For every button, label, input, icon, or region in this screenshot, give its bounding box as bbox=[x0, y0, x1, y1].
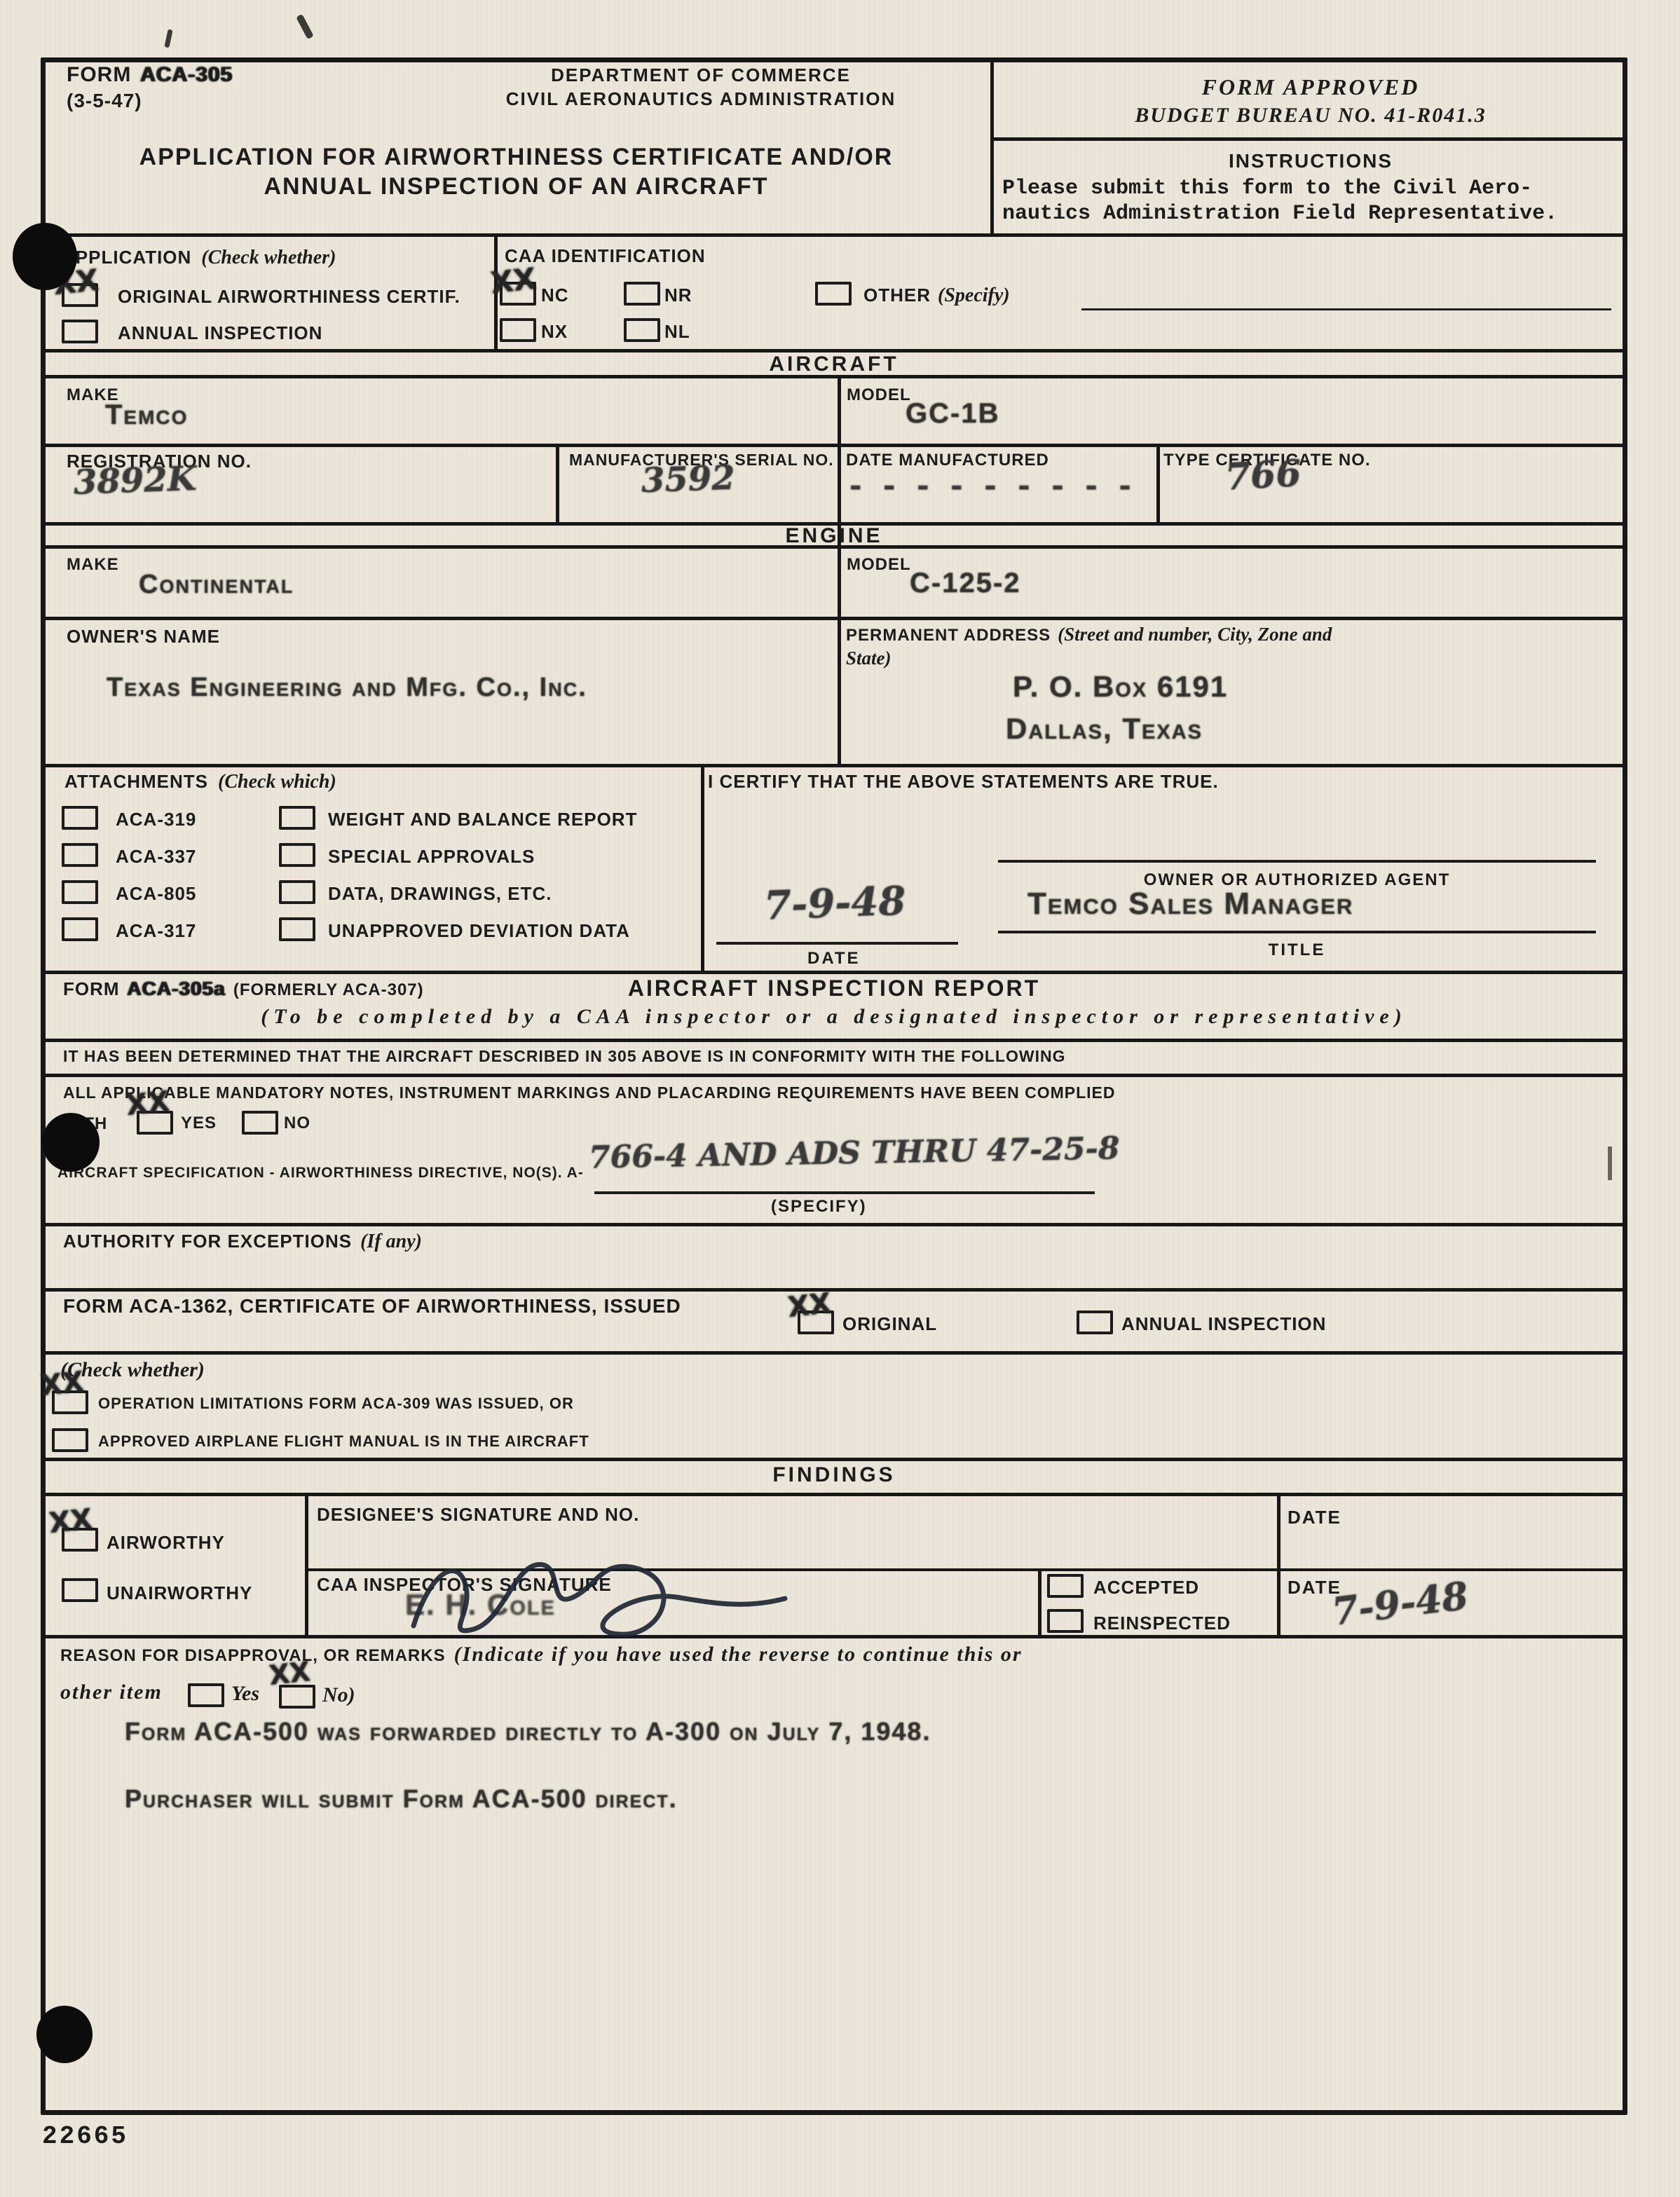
checkbox-data-drawings bbox=[279, 880, 315, 904]
instructions-line-1: Please submit this form to the Civil Aer… bbox=[1002, 177, 1532, 200]
checkbox-nx bbox=[500, 318, 536, 342]
department-line-2: CIVIL AERONAUTICS ADMINISTRATION bbox=[407, 88, 995, 110]
header-divider bbox=[990, 58, 994, 233]
section-line bbox=[41, 545, 1627, 549]
findings-left-divider bbox=[305, 1493, 308, 1635]
findings-section-title: FINDINGS bbox=[41, 1463, 1627, 1487]
determined-line: IT HAS BEEN DETERMINED THAT THE AIRCRAFT… bbox=[63, 1047, 1065, 1066]
report-title: AIRCRAFT INSPECTION REPORT bbox=[41, 976, 1627, 1001]
findings-date-divider bbox=[1277, 1493, 1281, 1635]
address-note-1: (Street and number, City, Zone and bbox=[1058, 624, 1332, 645]
checkbox-remarks-yes bbox=[188, 1683, 224, 1707]
section-line bbox=[41, 1351, 1627, 1355]
section-line bbox=[41, 1074, 1627, 1077]
specify-label: (SPECIFY) bbox=[771, 1197, 867, 1217]
form-title-line-1: APPLICATION FOR AIRWORTHINESS CERTIFICAT… bbox=[42, 144, 990, 171]
checkbox-label-nl: NL bbox=[664, 321, 690, 343]
section-line bbox=[41, 444, 1627, 447]
section-line bbox=[41, 1223, 1627, 1226]
hole-punch bbox=[42, 1113, 100, 1172]
checkbox-label-aca-337: ACA-337 bbox=[116, 846, 196, 868]
owner-name-value: Texas Engineering and Mfg. Co., Inc. bbox=[107, 673, 587, 703]
handwritten-check-mark: XX bbox=[786, 1287, 833, 1324]
checkbox-label-aca-319: ACA-319 bbox=[116, 809, 196, 830]
authority-label: AUTHORITY FOR EXCEPTIONS bbox=[63, 1231, 352, 1252]
serial-value: 3592 bbox=[641, 458, 735, 501]
checkbox-aca-337 bbox=[62, 843, 98, 867]
engine-make-value: Continental bbox=[139, 570, 294, 600]
other-note: (Specify) bbox=[938, 285, 1010, 307]
stray-mark bbox=[1608, 1147, 1612, 1180]
approved-box-divider bbox=[990, 137, 1627, 141]
engine-model-label: MODEL bbox=[847, 555, 911, 575]
form-approved-line: FORM APPROVED bbox=[995, 74, 1626, 100]
handwritten-check-mark: XX bbox=[39, 1366, 86, 1402]
checkbox-label-operation-limitations: OPERATION LIMITATIONS FORM ACA-309 WAS I… bbox=[98, 1395, 574, 1413]
checkbox-compliance-no bbox=[242, 1111, 278, 1135]
title-label: TITLE bbox=[998, 940, 1596, 960]
checkbox-issued-annual bbox=[1077, 1310, 1113, 1334]
handwritten-check-mark: XX bbox=[48, 1503, 94, 1540]
checkbox-aca-805 bbox=[62, 880, 98, 904]
type-certificate-value: 766 bbox=[1224, 452, 1302, 499]
certificate-issued-label: FORM ACA-1362, CERTIFICATE OF AIRWORTHIN… bbox=[63, 1295, 681, 1317]
title-line bbox=[998, 931, 1596, 933]
column-divider bbox=[838, 375, 841, 764]
column-divider bbox=[556, 444, 559, 522]
aircraft-section-title: AIRCRAFT bbox=[41, 353, 1627, 376]
engine-make-label: MAKE bbox=[67, 555, 119, 575]
designee-date-label: DATE bbox=[1288, 1507, 1341, 1528]
form-revision-date: (3-5-47) bbox=[67, 90, 142, 112]
instructions-line-2: nautics Administration Field Representat… bbox=[1002, 202, 1557, 226]
agent-title-value: Temco Sales Manager bbox=[1027, 887, 1353, 922]
checkbox-label-unairworthy: UNAIRWORTHY bbox=[107, 1582, 252, 1604]
department-line-1: DEPARTMENT OF COMMERCE bbox=[407, 64, 995, 86]
section-line bbox=[41, 971, 1627, 974]
checkbox-label-weight-balance: WEIGHT AND BALANCE REPORT bbox=[328, 809, 637, 830]
checkbox-aca-317 bbox=[62, 917, 98, 941]
spec-directive-label: AIRCRAFT SPECIFICATION - AIRWORTHINESS D… bbox=[57, 1165, 584, 1182]
checkbox-label-flight-manual: APPROVED AIRPLANE FLIGHT MANUAL IS IN TH… bbox=[98, 1432, 589, 1451]
budget-bureau-line: BUDGET BUREAU NO. 41-R041.3 bbox=[995, 104, 1626, 128]
certify-date-value: 7-9-48 bbox=[763, 877, 907, 929]
checkbox-label-nx: NX bbox=[541, 321, 568, 343]
checkbox-label-aca-805: ACA-805 bbox=[116, 883, 196, 905]
checkbox-label-original-airworthiness: ORIGINAL AIRWORTHINESS CERTIF. bbox=[118, 286, 460, 308]
checkbox-special-approvals bbox=[279, 843, 315, 867]
section-line bbox=[41, 764, 1627, 767]
checkbox-other bbox=[815, 282, 852, 306]
report-subtitle: (To be completed by a CAA inspector or a… bbox=[41, 1005, 1627, 1029]
address-note-2: State) bbox=[846, 648, 892, 669]
authority-note: (If any) bbox=[360, 1231, 422, 1253]
form-number-block: FORM ACA-305 bbox=[67, 63, 232, 87]
form-title-line-2: ANNUAL INSPECTION OF AN AIRCRAFT bbox=[42, 173, 990, 200]
owner-name-label: OWNER'S NAME bbox=[67, 626, 220, 648]
checkbox-nl bbox=[624, 318, 660, 342]
checkbox-label-compliance-yes: YES bbox=[181, 1114, 217, 1133]
scanned-form-page: FORM ACA-305 (3-5-47) DEPARTMENT OF COMM… bbox=[0, 0, 1680, 2197]
address-line-1: P. O. Box 6191 bbox=[1013, 670, 1228, 704]
checkbox-label-remarks-no: No) bbox=[322, 1683, 355, 1707]
designee-signature-label: DESIGNEE'S SIGNATURE AND NO. bbox=[317, 1504, 639, 1526]
other-label: OTHER bbox=[863, 285, 931, 306]
checkbox-label-special-approvals: SPECIAL APPROVALS bbox=[328, 846, 535, 868]
instructions-title: INSTRUCTIONS bbox=[995, 150, 1626, 172]
address-label: PERMANENT ADDRESS bbox=[846, 626, 1051, 645]
column-divider bbox=[1156, 444, 1160, 522]
remarks-note-2: other item bbox=[60, 1681, 163, 1704]
column-divider bbox=[701, 764, 704, 971]
checkbox-label-data-drawings: DATA, DRAWINGS, ETC. bbox=[328, 883, 552, 905]
remarks-body-line-1: Form ACA-500 was forwarded directly to A… bbox=[125, 1717, 931, 1746]
date-manufactured-label: DATE MANUFACTURED bbox=[846, 451, 1049, 470]
section-line bbox=[41, 1039, 1627, 1042]
aircraft-make-value: Temco bbox=[105, 399, 188, 431]
compliance-line: ALL APPLICABLE MANDATORY NOTES, INSTRUME… bbox=[63, 1083, 1115, 1102]
checkbox-accepted bbox=[1047, 1574, 1084, 1598]
section-line bbox=[41, 233, 1627, 237]
date-manufactured-value: - - - - - - - - - bbox=[849, 468, 1137, 502]
checkbox-unairworthy bbox=[62, 1578, 98, 1602]
aircraft-model-value: GC-1B bbox=[906, 398, 999, 430]
form-number: ACA-305 bbox=[139, 63, 232, 87]
hole-punch bbox=[36, 2006, 93, 2063]
findings-accepted-divider bbox=[1038, 1568, 1042, 1635]
checkbox-label-aca-317: ACA-317 bbox=[116, 920, 196, 942]
application-note: (Check whether) bbox=[201, 247, 336, 269]
checkbox-label-annual-inspection: ANNUAL INSPECTION bbox=[118, 322, 322, 344]
section-line bbox=[41, 617, 1627, 620]
handwritten-check-mark: XX bbox=[489, 261, 538, 301]
checkbox-label-remarks-yes: Yes bbox=[231, 1682, 259, 1706]
checkbox-weight-balance bbox=[279, 806, 315, 830]
hole-punch bbox=[13, 223, 77, 290]
attachments-note: (Check which) bbox=[218, 771, 336, 793]
checkbox-label-compliance-no: NO bbox=[284, 1114, 310, 1133]
handwritten-check-mark: XX bbox=[268, 1656, 312, 1691]
section-line bbox=[41, 1288, 1627, 1292]
pen-mark bbox=[296, 14, 314, 39]
checkbox-label-issued-original: ORIGINAL bbox=[842, 1313, 937, 1335]
caa-identification-label: CAA IDENTIFICATION bbox=[505, 245, 706, 267]
checkbox-label-airworthy: AIRWORTHY bbox=[107, 1532, 225, 1554]
checkbox-label-reinspected: REINSPECTED bbox=[1093, 1613, 1231, 1634]
checkbox-nr bbox=[624, 282, 660, 306]
engine-model-value: C-125-2 bbox=[910, 568, 1021, 599]
other-fill-line bbox=[1081, 308, 1611, 310]
section-line bbox=[41, 1458, 1627, 1461]
aircraft-model-label: MODEL bbox=[847, 385, 911, 405]
checkbox-label-issued-annual: ANNUAL INSPECTION bbox=[1121, 1313, 1326, 1335]
checkbox-unapproved-deviation bbox=[279, 917, 315, 941]
section-line bbox=[41, 1493, 1627, 1496]
checkbox-label-accepted: ACCEPTED bbox=[1093, 1577, 1199, 1599]
certify-statement: I CERTIFY THAT THE ABOVE STATEMENTS ARE … bbox=[708, 771, 1219, 793]
attachments-label: ATTACHMENTS bbox=[64, 771, 208, 793]
attachments-section-label: ATTACHMENTS (Check which) bbox=[64, 771, 336, 793]
print-code: 22665 bbox=[42, 2122, 128, 2151]
checkbox-label-nr: NR bbox=[664, 285, 692, 306]
agent-signature-line bbox=[998, 860, 1596, 863]
engine-section-title: ENGINE bbox=[41, 524, 1627, 548]
checkbox-flight-manual bbox=[52, 1428, 88, 1452]
form-number-label: FORM bbox=[67, 63, 131, 87]
permanent-address-label: PERMANENT ADDRESS (Street and number, Ci… bbox=[846, 624, 1332, 645]
inspector-signature bbox=[392, 1531, 841, 1650]
certify-date-label: DATE bbox=[807, 949, 861, 969]
remarks-body-line-2: Purchaser will submit Form ACA-500 direc… bbox=[125, 1784, 678, 1814]
checkbox-label-unapproved-deviation: UNAPPROVED DEVIATION DATA bbox=[328, 920, 630, 942]
checkbox-aca-319 bbox=[62, 806, 98, 830]
registration-value: 3892K bbox=[73, 459, 197, 502]
remarks-label: REASON FOR DISAPPROVAL, OR REMARKS bbox=[60, 1646, 446, 1666]
spec-fill-line bbox=[594, 1191, 1095, 1194]
section-line bbox=[41, 375, 1627, 378]
application-section-label: APPLICATION (Check whether) bbox=[62, 247, 336, 269]
pen-mark bbox=[164, 29, 172, 48]
address-line-2: Dallas, Texas bbox=[1006, 712, 1203, 746]
handwritten-check-mark: XX bbox=[125, 1086, 171, 1122]
date-signature-line bbox=[716, 942, 958, 945]
checkbox-reinspected bbox=[1047, 1609, 1084, 1633]
checkbox-label-nc: NC bbox=[541, 285, 569, 306]
checkbox-annual-inspection bbox=[62, 320, 98, 343]
other-specify-label: OTHER (Specify) bbox=[863, 285, 1010, 307]
authority-exceptions-label: AUTHORITY FOR EXCEPTIONS (If any) bbox=[63, 1231, 422, 1253]
